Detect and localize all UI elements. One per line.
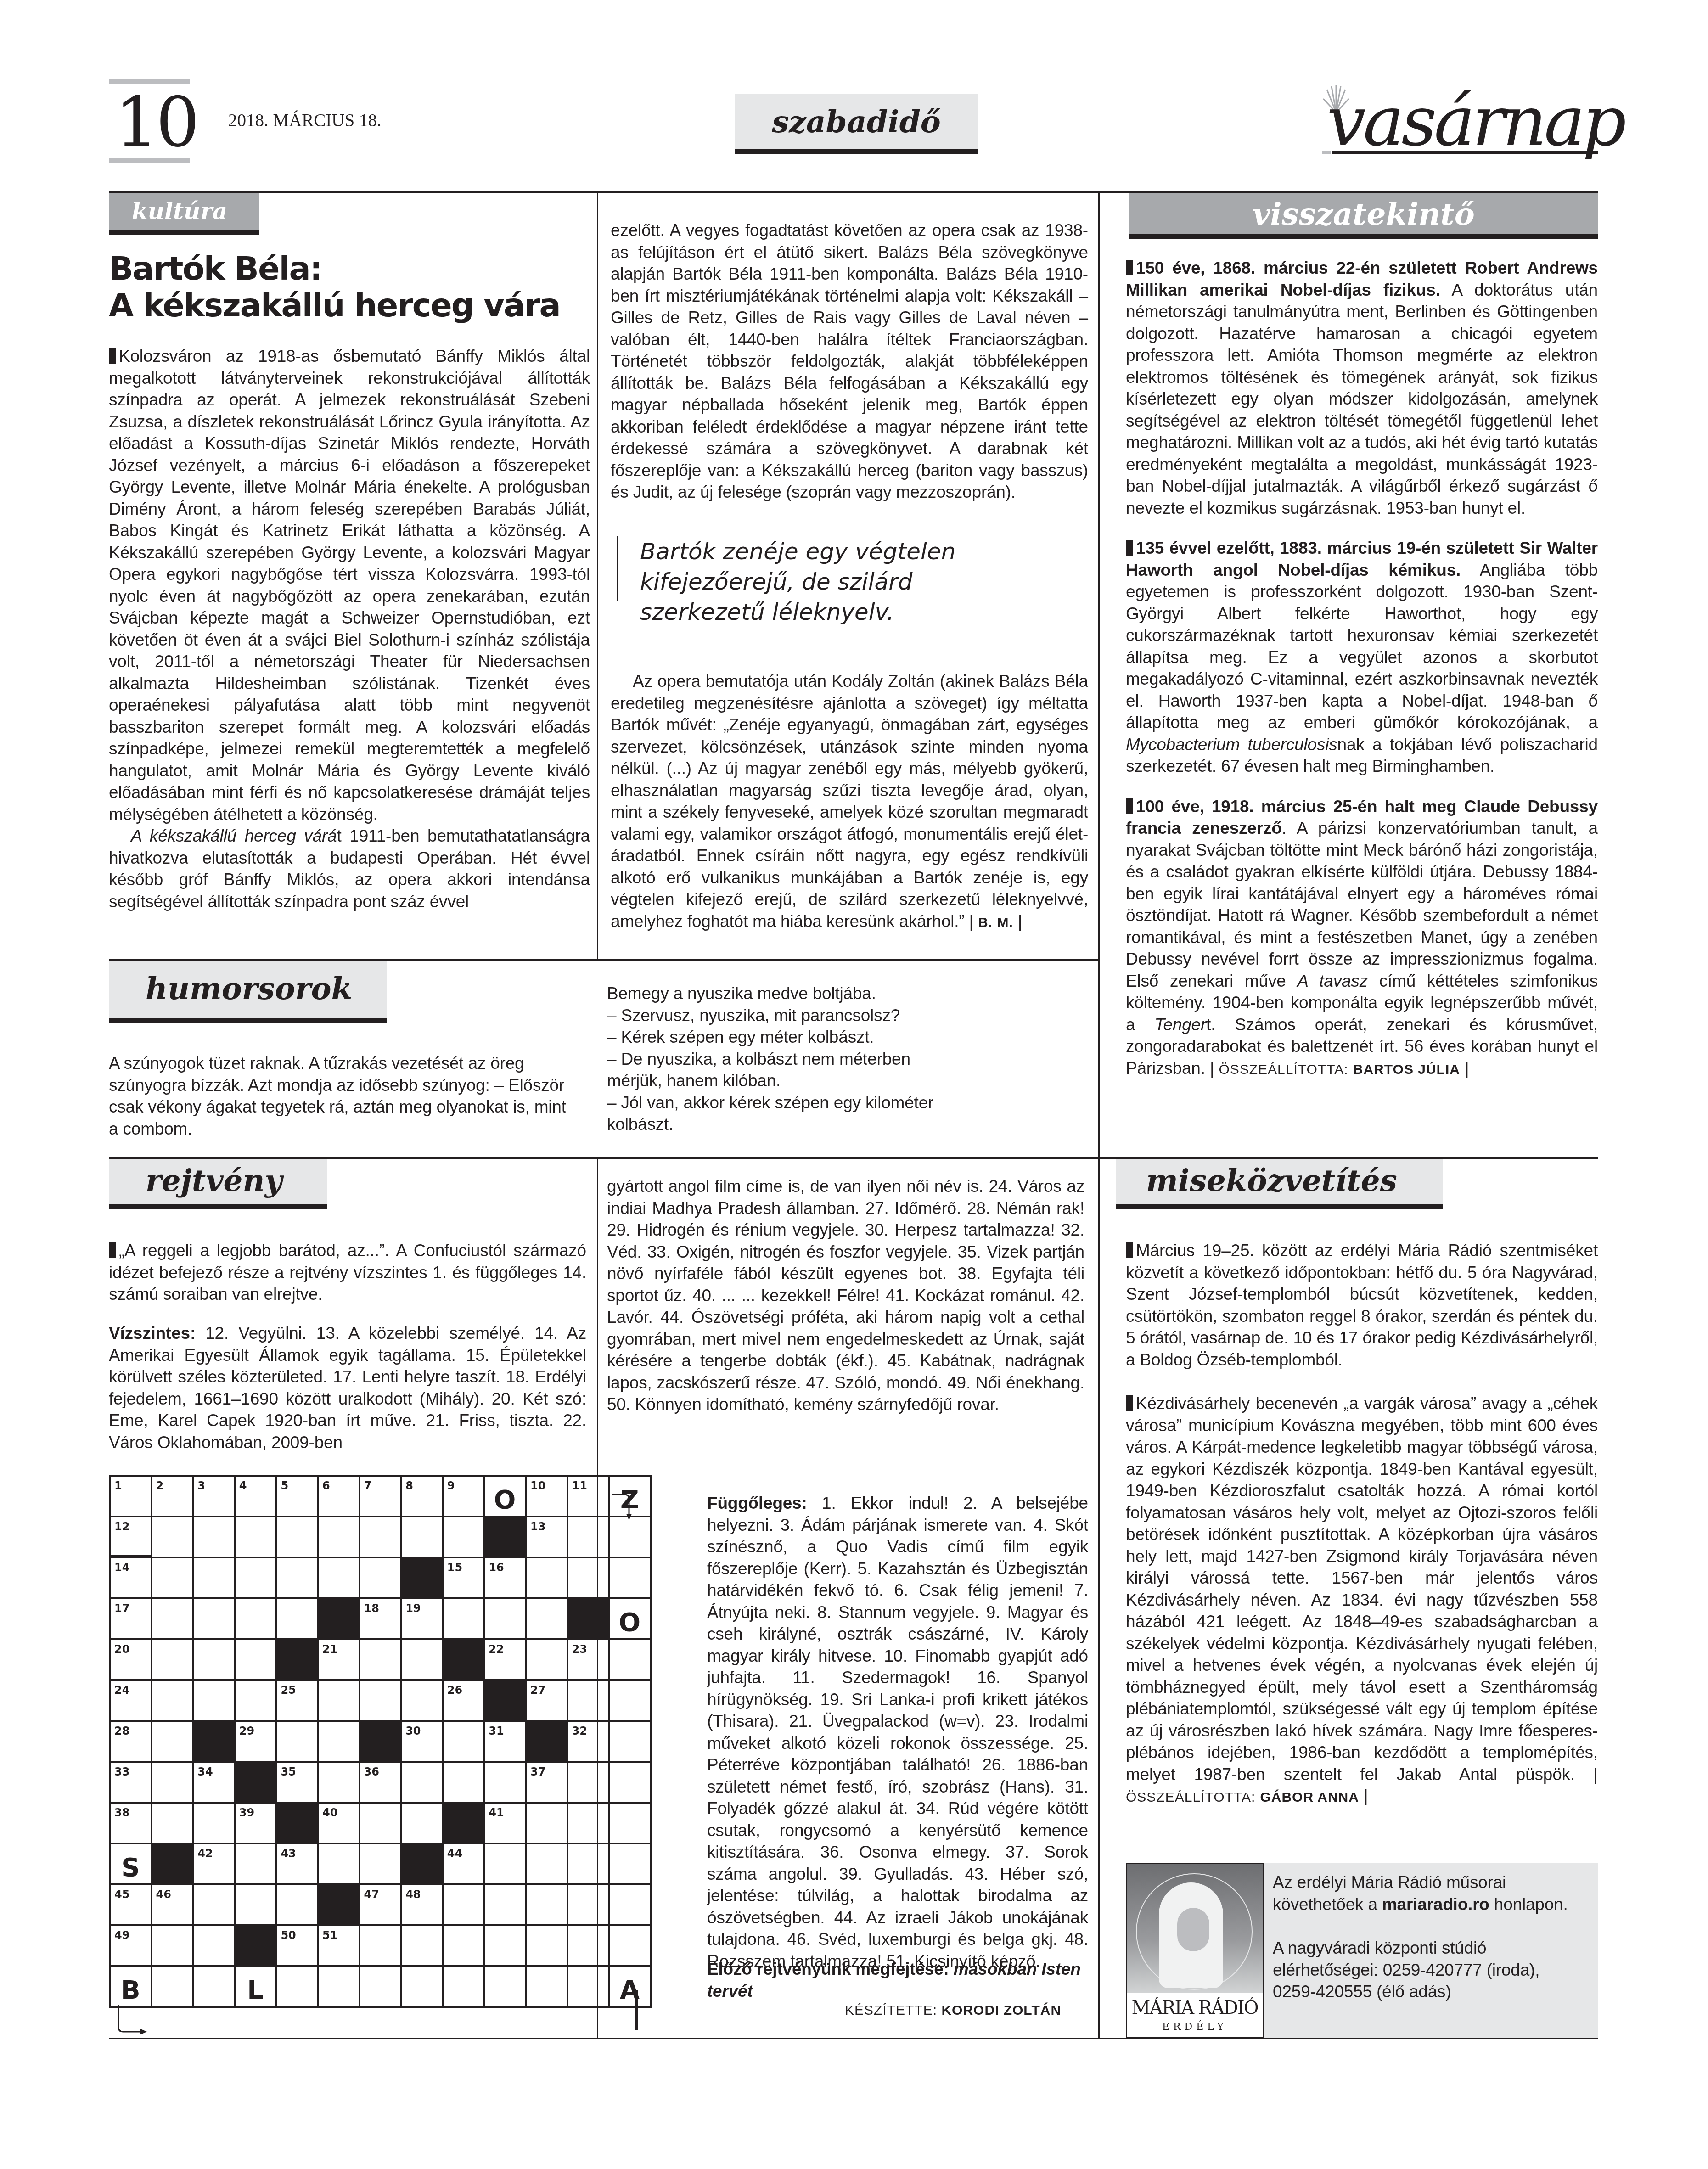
paragraph-marker-icon <box>1126 260 1133 275</box>
crossword-cell[interactable] <box>401 1762 443 1803</box>
crossword-cell[interactable]: 5 <box>276 1476 318 1517</box>
cell-number: 32 <box>572 1725 587 1737</box>
cell-number: 31 <box>489 1725 504 1737</box>
cell-number: 26 <box>447 1684 462 1697</box>
crossword-cell[interactable]: 42 <box>193 1843 235 1884</box>
crossword-cell[interactable] <box>235 1680 276 1721</box>
cell-number: 20 <box>114 1643 129 1656</box>
article-column-1: Kolozsváron az 1918-as ősbemutató Bánffy… <box>109 345 590 912</box>
article-paragraph: A kékszakállú herceg várát 1911-ben bemu… <box>109 825 590 912</box>
paragraph-marker-icon <box>109 1242 116 1258</box>
crossword-cell[interactable] <box>318 1843 360 1884</box>
crossword-cell[interactable] <box>567 1966 609 2007</box>
cell-number: 10 <box>530 1479 545 1492</box>
crossword-cell[interactable] <box>484 1762 526 1803</box>
cell-number: 39 <box>239 1806 254 1819</box>
cell-number: 3 <box>197 1479 205 1492</box>
column-divider-1 <box>597 193 598 960</box>
crossword-row: 141516 <box>110 1557 651 1598</box>
crossword-cell[interactable] <box>567 1557 609 1598</box>
section-label-visszatekinto: visszatekintő <box>1253 196 1475 232</box>
crossword-cell[interactable] <box>401 1680 443 1721</box>
cell-number: 36 <box>364 1765 379 1778</box>
crossword-cell[interactable]: 35 <box>276 1762 318 1803</box>
crossword-cell[interactable] <box>443 1884 484 1925</box>
cell-number: 37 <box>530 1765 545 1778</box>
crossword-cell[interactable]: 6 <box>318 1476 360 1517</box>
cell-number: 15 <box>447 1561 462 1574</box>
crossword-cell[interactable]: 34 <box>193 1762 235 1803</box>
crossword-cell[interactable] <box>360 1966 401 2007</box>
cell-number: 24 <box>114 1684 129 1697</box>
crossword-cell[interactable] <box>567 1843 609 1884</box>
crossword-row: 3334353637 <box>110 1762 651 1803</box>
cell-number: 45 <box>114 1888 129 1901</box>
crossword-cell[interactable] <box>567 1803 609 1843</box>
maria-radio-box: MÁRIA RÁDIÓ ERDÉLY Az erdélyi Mária Rádi… <box>1126 1863 1598 2038</box>
article-title: Bartók Béla: A kékszakállú herceg vára <box>109 250 591 324</box>
crossword-cell[interactable] <box>443 1517 484 1557</box>
crossword-cell[interactable]: 51 <box>318 1925 360 1966</box>
crossword-cell[interactable] <box>401 1517 443 1557</box>
crossword-cell[interactable]: O <box>609 1598 651 1639</box>
header-section-tag: szabadidő <box>735 94 978 154</box>
crossword-cell[interactable]: 20 <box>110 1639 152 1680</box>
cell-number: 46 <box>156 1888 171 1901</box>
arrow-right-down-icon <box>611 1490 638 1522</box>
crossword-cell[interactable]: S <box>110 1843 152 1884</box>
section-tag-visszatekinto: visszatekintő <box>1129 193 1598 239</box>
crossword-cell[interactable] <box>567 1925 609 1966</box>
cell-number: 11 <box>572 1479 587 1492</box>
cell-number: 50 <box>281 1929 296 1942</box>
crossword-cell[interactable] <box>526 1639 567 1680</box>
article-column-2: ezelőtt. A vegyes fogadtatást követően a… <box>611 219 1088 503</box>
crossword-cell[interactable] <box>401 1803 443 1843</box>
maria-radio-logo: MÁRIA RÁDIÓ ERDÉLY <box>1126 1863 1264 2038</box>
crossword-cell[interactable]: 33 <box>110 1762 152 1803</box>
crossword-cell[interactable] <box>526 1598 567 1639</box>
crossword-cell[interactable] <box>401 1966 443 2007</box>
crossword-cell[interactable]: 43 <box>276 1843 318 1884</box>
crossword-cell[interactable]: L <box>235 1966 276 2007</box>
crossword-row: 2829303132 <box>110 1721 651 1762</box>
cell-number: 8 <box>405 1479 413 1492</box>
cell-number: 18 <box>364 1602 379 1615</box>
crossword-cell[interactable] <box>152 1762 193 1803</box>
crossword-cell[interactable] <box>360 1843 401 1884</box>
crossword-cell[interactable]: 32 <box>567 1721 609 1762</box>
crossword-cell[interactable]: 18 <box>360 1598 401 1639</box>
joke-line: – De nyuszika, a kolbászt nem méterben m… <box>607 1048 956 1092</box>
crossword-cell[interactable]: 28 <box>110 1721 152 1762</box>
anniversary-item: 135 évvel ezelőtt, 1883. március 19-én s… <box>1126 537 1598 777</box>
crossword-cell[interactable] <box>443 1598 484 1639</box>
section-label-humorsorok: humorsorok <box>146 971 352 1006</box>
cell-number: 4 <box>239 1479 247 1492</box>
crossword-cell[interactable] <box>276 1884 318 1925</box>
crossword-cell[interactable]: 50 <box>276 1925 318 1966</box>
crossword-cell[interactable]: 8 <box>401 1476 443 1517</box>
crossword-cell[interactable] <box>235 1639 276 1680</box>
crossword-cell[interactable] <box>567 1680 609 1721</box>
section-tag-misekozvetites: miseközvetítés <box>1116 1159 1443 1209</box>
crossword-cell[interactable] <box>567 1517 609 1557</box>
crossword-cell[interactable] <box>152 1721 193 1762</box>
crossword-cell[interactable] <box>484 1884 526 1925</box>
crossword-cell[interactable] <box>609 1517 651 1557</box>
crossword-cell[interactable] <box>609 1721 651 1762</box>
crossword-cell[interactable]: 14 <box>110 1557 152 1598</box>
previous-solution-label: Előző rejtvényünk megfejtése: <box>707 1960 949 1978</box>
crossword-cell[interactable]: 44 <box>443 1843 484 1884</box>
crossword-cell[interactable]: 47 <box>360 1884 401 1925</box>
crossword-cell-black <box>235 1925 276 1966</box>
crossword-cell[interactable] <box>276 1517 318 1557</box>
crossword-cell[interactable] <box>360 1557 401 1598</box>
crossword-cell[interactable]: 22 <box>484 1639 526 1680</box>
crossword-cell-black <box>193 1721 235 1762</box>
radio-contact: A nagyváradi központi stúdió elérhetőség… <box>1273 1937 1585 2003</box>
crossword-cell[interactable] <box>193 1680 235 1721</box>
crossword-cell[interactable]: 29 <box>235 1721 276 1762</box>
crossword-cell-black <box>567 1598 609 1639</box>
article-title-line1: Bartók Béla: <box>109 250 591 287</box>
paragraph-marker-icon <box>109 348 116 364</box>
crossword-cell[interactable] <box>401 1925 443 1966</box>
crossword-cell[interactable] <box>484 1843 526 1884</box>
article-paragraph: Az opera bemutatója után Kodály Zoltán (… <box>611 670 1088 933</box>
down-label: Függőleges: <box>707 1494 807 1512</box>
crossword-cell[interactable]: 45 <box>110 1884 152 1925</box>
vasarnap-logo-text: vasárnap <box>1327 92 1624 152</box>
crossword-cell[interactable] <box>360 1639 401 1680</box>
section-label-misekozvetites: miseközvetítés <box>1146 1163 1397 1198</box>
crossword-cell[interactable]: 27 <box>526 1680 567 1721</box>
crossword-cell[interactable]: 23 <box>567 1639 609 1680</box>
crossword-cell[interactable] <box>235 1598 276 1639</box>
crossword-cell[interactable] <box>526 1925 567 1966</box>
crossword-row: 38394041 <box>110 1803 651 1843</box>
crossword-cell-black <box>360 1721 401 1762</box>
cell-number: 7 <box>364 1479 372 1492</box>
cell-number: 30 <box>405 1725 421 1737</box>
crossword-cell[interactable] <box>318 1762 360 1803</box>
crossword-cell[interactable] <box>276 1721 318 1762</box>
rejtveny-intro: „A reggeli a legjobb barátod, az...”. A … <box>109 1240 586 1305</box>
article-paragraph: Kolozsváron az 1918-as ősbemutató Bánffy… <box>109 345 590 825</box>
crossword-cell[interactable] <box>193 1925 235 1966</box>
crossword-cell-black <box>443 1639 484 1680</box>
cell-number: 42 <box>197 1847 213 1860</box>
crossword-cell[interactable] <box>193 1517 235 1557</box>
crossword-row: 24252627 <box>110 1680 651 1721</box>
visszatekinto-column: 150 éve, 1868. március 22-én született R… <box>1126 257 1598 1080</box>
arrow-down-right-icon <box>115 2004 152 2039</box>
crossword-cell[interactable] <box>152 1517 193 1557</box>
crossword-cell[interactable] <box>526 1884 567 1925</box>
crossword-cell[interactable] <box>443 1721 484 1762</box>
crossword-cell[interactable]: 25 <box>276 1680 318 1721</box>
crossword-cell[interactable] <box>443 1925 484 1966</box>
crossword-cell[interactable] <box>360 1925 401 1966</box>
cell-number: 34 <box>197 1765 213 1778</box>
page-number: 10 <box>115 88 197 157</box>
crossword-cell[interactable]: 37 <box>526 1762 567 1803</box>
issue-date: 2018. MÁRCIUS 18. <box>228 110 382 131</box>
grid-thick-bar-12 <box>110 1555 152 1558</box>
crossword-cell[interactable] <box>193 1598 235 1639</box>
crossword-cell[interactable]: 41 <box>484 1803 526 1843</box>
crossword-cell-black <box>276 1639 318 1680</box>
crossword-cell-black <box>276 1803 318 1843</box>
crossword-cell[interactable] <box>235 1884 276 1925</box>
logo-underline <box>1322 151 1331 154</box>
cell-number: 9 <box>447 1479 455 1492</box>
crossword-cell[interactable]: 7 <box>360 1476 401 1517</box>
crossword-cell[interactable] <box>193 1557 235 1598</box>
madonna-image <box>1127 1864 1263 1993</box>
crossword-cell[interactable]: 10 <box>526 1476 567 1517</box>
crossword-cell[interactable] <box>401 1639 443 1680</box>
crossword-cell[interactable] <box>609 1762 651 1803</box>
cell-number: 5 <box>281 1479 288 1492</box>
page-number-bar-bottom <box>109 158 190 163</box>
crossword-cell[interactable]: 4 <box>235 1476 276 1517</box>
cell-number: 12 <box>114 1520 129 1533</box>
crossword-cell[interactable]: 19 <box>401 1598 443 1639</box>
crossword-cell[interactable] <box>318 1966 360 2007</box>
radio-logo-title: MÁRIA RÁDIÓ <box>1127 1997 1263 2018</box>
crossword-cell[interactable] <box>484 1598 526 1639</box>
cell-number: 21 <box>322 1643 337 1656</box>
cell-number: 28 <box>114 1725 129 1737</box>
crossword-cell[interactable] <box>152 1925 193 1966</box>
mariaradio-link[interactable]: mariaradio.ro <box>1382 1895 1489 1914</box>
joke-1: A szúnyogok tüzet raknak. A tűzrakás vez… <box>109 1052 568 1140</box>
cell-number: 17 <box>114 1602 129 1615</box>
crossword-cell[interactable] <box>318 1680 360 1721</box>
cell-number: 47 <box>364 1888 379 1901</box>
crossword-cell[interactable] <box>484 1925 526 1966</box>
cell-number: 35 <box>281 1765 296 1778</box>
crossword-cell[interactable] <box>567 1884 609 1925</box>
crossword-row: 171819O <box>110 1598 651 1639</box>
crossword-cell[interactable] <box>152 1966 193 2007</box>
crossword-cell[interactable] <box>152 1639 193 1680</box>
anniversary-item: 100 éve, 1918. március 25-én halt meg Cl… <box>1126 796 1598 1081</box>
crossword-cell[interactable] <box>526 1557 567 1598</box>
crossword-cell[interactable] <box>360 1680 401 1721</box>
crossword-cell[interactable]: 26 <box>443 1680 484 1721</box>
cell-letter: S <box>111 1853 151 1882</box>
section-label-rejtveny: rejtvény <box>146 1163 282 1198</box>
maria-radio-info: Az erdélyi Mária Rádió műsorai követhető… <box>1273 1871 1585 2003</box>
crossword-cell[interactable]: 9 <box>443 1476 484 1517</box>
section-tag-kultura: kultúra <box>109 193 259 235</box>
joke-line: – Kérek szépen egy méter kolbászt. <box>607 1026 1066 1048</box>
crossword-cell[interactable]: 17 <box>110 1598 152 1639</box>
crossword-cell[interactable]: A <box>609 1966 651 2007</box>
paragraph-marker-icon <box>1126 798 1133 814</box>
column-divider-2 <box>1098 193 1100 2039</box>
pull-quote-text: Bartók zenéje egy végtelen kifejezőerejű… <box>640 536 1035 627</box>
crossword-cell[interactable] <box>360 1517 401 1557</box>
section-tag-rejtveny: rejtvény <box>109 1159 327 1209</box>
crossword-cell[interactable] <box>276 1966 318 2007</box>
crossword-row: 123456789O1011Z <box>110 1476 651 1517</box>
crossword-cell[interactable]: 13 <box>526 1517 567 1557</box>
crossword-cell[interactable] <box>318 1721 360 1762</box>
crossword-cell[interactable] <box>152 1680 193 1721</box>
crossword-cell[interactable]: 3 <box>193 1476 235 1517</box>
bottom-rule <box>109 2038 1598 2039</box>
crossword-cell[interactable] <box>609 1639 651 1680</box>
cell-letter: O <box>610 1607 650 1637</box>
mise-paragraph: Március 19–25. között az erdélyi Mária R… <box>1126 1240 1598 1371</box>
header-section-label: szabadidő <box>772 104 941 140</box>
crossword-cell[interactable] <box>526 1803 567 1843</box>
crossword-row: 1213 <box>110 1517 651 1557</box>
crossword-cell[interactable]: 36 <box>360 1762 401 1803</box>
crossword-cell[interactable]: 2 <box>152 1476 193 1517</box>
joke-line: – Jól van, akkor kérek szépen egy kilomé… <box>607 1092 956 1135</box>
crossword-cell[interactable] <box>484 1966 526 2007</box>
cell-number: 13 <box>530 1520 545 1533</box>
cell-number: 27 <box>530 1684 545 1697</box>
author-name: KORODI ZOLTÁN <box>941 2003 1061 2018</box>
down-clues: Függőleges: 1. Ekkor indul! 2. A belsejé… <box>707 1492 1088 1972</box>
crossword-cell-black <box>152 1843 193 1884</box>
crossword-cell[interactable] <box>567 1762 609 1803</box>
cell-number: 25 <box>281 1684 296 1697</box>
crossword-cell[interactable]: 30 <box>401 1721 443 1762</box>
crossword-cell[interactable]: 49 <box>110 1925 152 1966</box>
cell-number: 33 <box>114 1765 129 1778</box>
crossword-cell[interactable] <box>318 1517 360 1557</box>
crossword-cell-black <box>235 1762 276 1803</box>
cell-number: 44 <box>447 1847 462 1860</box>
cell-number: 43 <box>281 1847 296 1860</box>
crossword-cell[interactable] <box>193 1966 235 2007</box>
compiled-by: GÁBOR ANNA <box>1260 1790 1359 1805</box>
joke-line: – Szervusz, nyuszika, mit parancsolsz? <box>607 1005 1066 1027</box>
madonna-face <box>1177 1908 1209 1951</box>
cell-number: 38 <box>114 1806 129 1819</box>
crossword-cell[interactable] <box>609 1680 651 1721</box>
crossword-row: 20212223 <box>110 1639 651 1680</box>
previous-solution: Előző rejtvényünk megfejtése: másokban I… <box>707 1958 1088 2002</box>
crossword-row: 45464748 <box>110 1884 651 1925</box>
crossword-cell[interactable]: 31 <box>484 1721 526 1762</box>
crossword-cell[interactable] <box>193 1639 235 1680</box>
radio-logo-subtitle: ERDÉLY <box>1127 2021 1263 2033</box>
compiled-label: ÖSSZEÁLLÍTOTTA: <box>1126 1790 1255 1805</box>
crossword-cell[interactable] <box>193 1884 235 1925</box>
crossword-cell[interactable] <box>609 1925 651 1966</box>
cell-number: 23 <box>572 1643 587 1656</box>
crossword-cell[interactable] <box>235 1557 276 1598</box>
crossword-cell[interactable]: 39 <box>235 1803 276 1843</box>
crossword-cell[interactable]: 40 <box>318 1803 360 1843</box>
cell-letter: O <box>485 1485 525 1515</box>
crossword-cell[interactable] <box>443 1762 484 1803</box>
crossword-cell[interactable] <box>609 1557 651 1598</box>
crossword-row: BLA <box>110 1966 651 2007</box>
crossword-cell[interactable] <box>276 1598 318 1639</box>
crossword-cell[interactable]: 1 <box>110 1476 152 1517</box>
crossword-cell-black <box>401 1557 443 1598</box>
crossword-cell[interactable] <box>235 1517 276 1557</box>
crossword-cell[interactable]: B <box>110 1966 152 2007</box>
crossword-row: S424344 <box>110 1843 651 1884</box>
crossword-cell[interactable] <box>360 1803 401 1843</box>
crossword-cell[interactable]: 38 <box>110 1803 152 1843</box>
cell-letter: A <box>610 1975 650 2005</box>
across-label: Vízszintes: <box>109 1324 196 1343</box>
cell-number: 2 <box>156 1479 164 1492</box>
crossword-cell[interactable] <box>152 1557 193 1598</box>
cell-number: 14 <box>114 1561 129 1574</box>
crossword-cell-black <box>443 1803 484 1843</box>
cell-number: 22 <box>489 1643 504 1656</box>
crossword-cell[interactable]: 24 <box>110 1680 152 1721</box>
joke-2: Bemegy a nyuszika medve boltjába. – Szer… <box>607 983 1066 1135</box>
cell-number: 6 <box>322 1479 330 1492</box>
crossword-cell[interactable] <box>443 1966 484 2007</box>
crossword-cell[interactable] <box>152 1803 193 1843</box>
mise-paragraph: Kézdivásárhely becenevén „a vargák város… <box>1126 1393 1598 1809</box>
grid-thick-bar-A <box>635 1990 638 2030</box>
crossword-cell[interactable]: 16 <box>484 1557 526 1598</box>
logo-underline-dark <box>1332 151 1598 154</box>
cell-number: 1 <box>114 1479 122 1492</box>
crossword-cell[interactable]: 46 <box>152 1884 193 1925</box>
article-column-2-continued: Az opera bemutatója után Kodály Zoltán (… <box>611 670 1088 933</box>
crossword-cell[interactable] <box>609 1884 651 1925</box>
cell-letter: B <box>111 1975 151 2005</box>
radio-info-line: Az erdélyi Mária Rádió műsorai követhető… <box>1273 1871 1585 1915</box>
crossword-cell[interactable] <box>526 1966 567 2007</box>
cell-number: 29 <box>239 1725 254 1737</box>
crossword-cell[interactable]: 48 <box>401 1884 443 1925</box>
cell-number: 41 <box>489 1806 504 1819</box>
crossword-cell[interactable]: O <box>484 1476 526 1517</box>
crossword-cell-black <box>484 1680 526 1721</box>
crossword-cell[interactable]: 21 <box>318 1639 360 1680</box>
across-clues-part2: gyártott angol film címe is, de van ilye… <box>607 1175 1084 1416</box>
crossword-cell[interactable] <box>318 1557 360 1598</box>
crossword-cell[interactable] <box>526 1843 567 1884</box>
crossword-cell[interactable]: 12 <box>110 1517 152 1557</box>
crossword-cell-black <box>484 1517 526 1557</box>
crossword-cell[interactable]: 11 <box>567 1476 609 1517</box>
crossword-cell[interactable]: 15 <box>443 1557 484 1598</box>
cell-number: 51 <box>322 1929 337 1942</box>
anniversary-item: 150 éve, 1868. március 22-én született R… <box>1126 257 1598 519</box>
crossword-row: 495051 <box>110 1925 651 1966</box>
compiled-label: ÖSSZEÁLLÍTOTTA: <box>1219 1062 1348 1077</box>
crossword-cell[interactable] <box>193 1803 235 1843</box>
crossword-cell[interactable] <box>609 1803 651 1843</box>
crossword-cell[interactable] <box>609 1843 651 1884</box>
cell-number: 48 <box>405 1888 421 1901</box>
section-tag-humorsorok: humorsorok <box>109 961 387 1023</box>
crossword-cell[interactable] <box>235 1843 276 1884</box>
crossword-cell[interactable] <box>276 1557 318 1598</box>
crossword-cell[interactable] <box>152 1598 193 1639</box>
author-label: KÉSZÍTETTE: <box>845 2003 937 2018</box>
